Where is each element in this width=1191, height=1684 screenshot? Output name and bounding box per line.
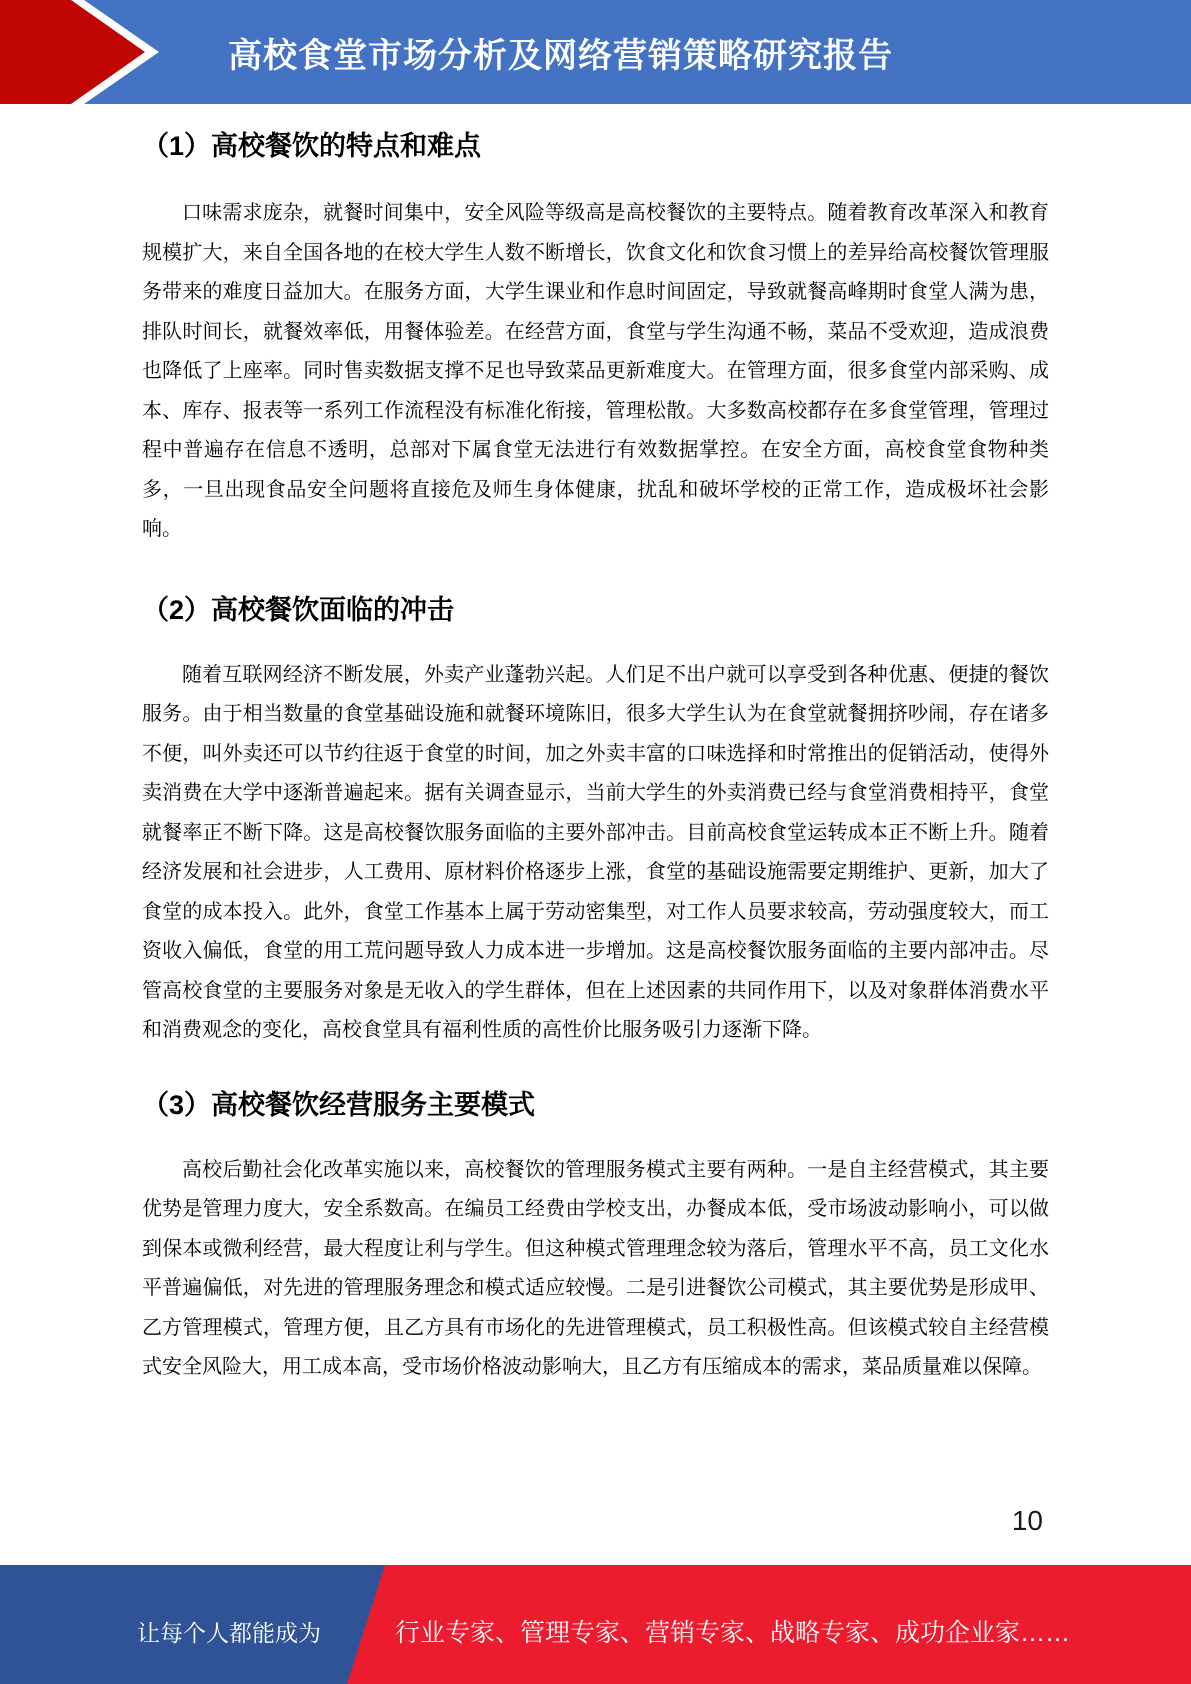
section-paragraph-2: 随着互联网经济不断发展，外卖产业蓬勃兴起。人们足不出户就可以享受到各种优惠、便捷… bbox=[142, 656, 1049, 1051]
section-paragraph-1: 口味需求庞杂，就餐时间集中，安全风险等级高是高校餐饮的主要特点。随着教育改革深入… bbox=[142, 194, 1049, 550]
section-heading-3: （3）高校餐饮经营服务主要模式 bbox=[142, 1087, 1049, 1123]
red-arrow-icon bbox=[0, 0, 146, 104]
report-page: 高校食堂市场分析及网络营销策略研究报告 （1）高校餐饮的特点和难点 口味需求庞杂… bbox=[0, 0, 1191, 1684]
footer-banner: 让每个人都能成为 行业专家、管理专家、营销专家、战略专家、成功企业家…… bbox=[0, 1565, 1191, 1684]
section-paragraph-3: 高校后勤社会化改革实施以来，高校餐饮的管理服务模式主要有两种。一是自主经营模式，… bbox=[142, 1151, 1049, 1388]
report-title: 高校食堂市场分析及网络营销策略研究报告 bbox=[228, 28, 893, 77]
page-number: 10 bbox=[1012, 1505, 1043, 1537]
document-body: （1）高校餐饮的特点和难点 口味需求庞杂，就餐时间集中，安全风险等级高是高校餐饮… bbox=[0, 104, 1191, 1388]
header-banner: 高校食堂市场分析及网络营销策略研究报告 bbox=[0, 0, 1191, 104]
section-heading-2: （2）高校餐饮面临的冲击 bbox=[142, 592, 1049, 628]
footer-slogan-right: 行业专家、管理专家、营销专家、战略专家、成功企业家…… bbox=[395, 1613, 1070, 1649]
section-heading-1: （1）高校餐饮的特点和难点 bbox=[142, 128, 1049, 164]
footer-slogan-left: 让每个人都能成为 bbox=[137, 1615, 321, 1648]
